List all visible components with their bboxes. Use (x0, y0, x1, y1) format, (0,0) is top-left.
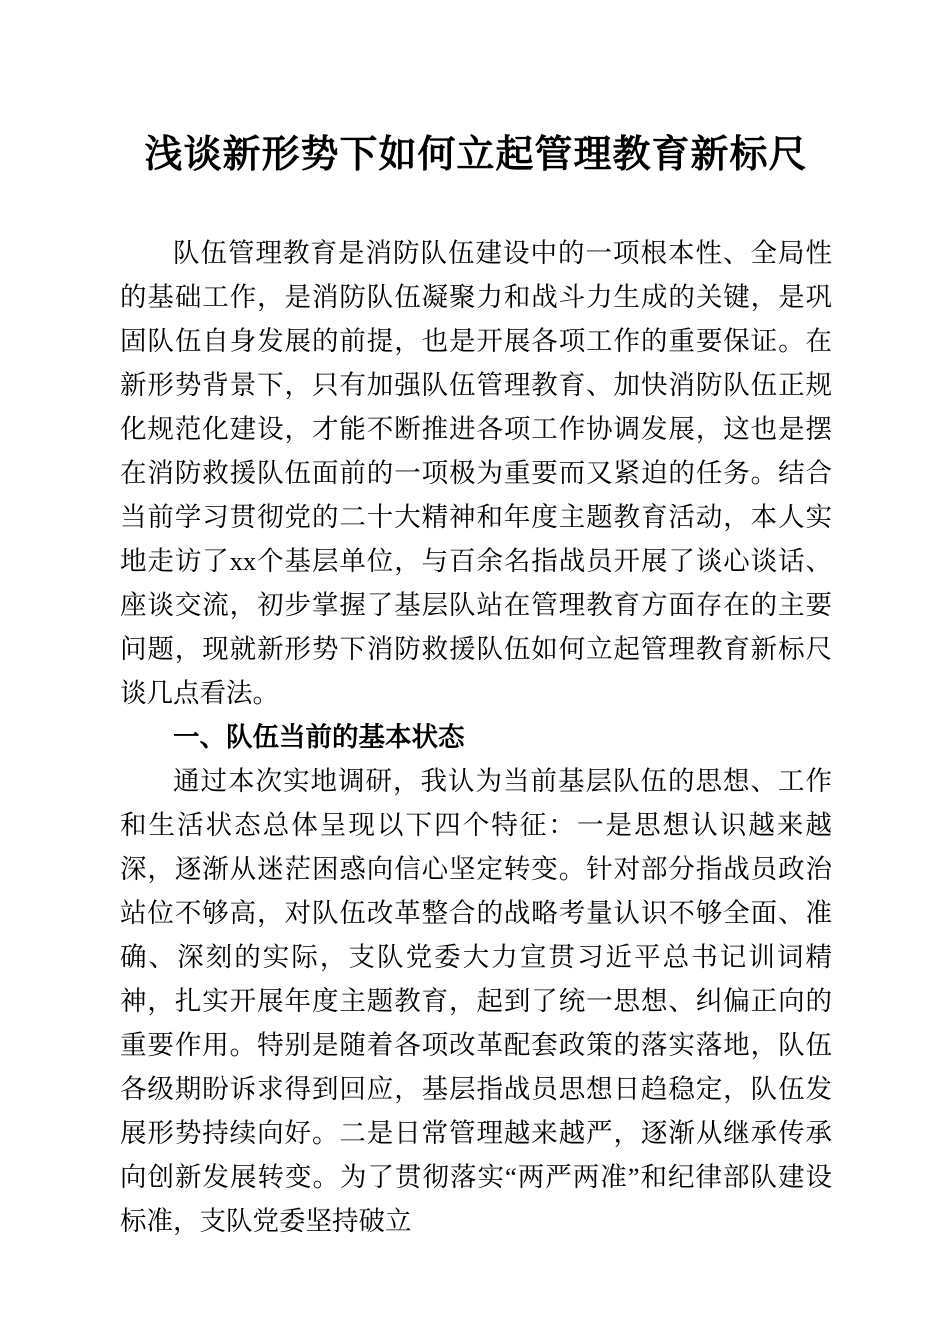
paragraph: 队伍管理教育是消防队伍建设中的一项根本性、全局性的基础工作，是消防队伍凝聚力和战… (120, 231, 832, 715)
paragraph: 通过本次实地调研，我认为当前基层队伍的思想、工作和生活状态总体呈现以下四个特征：… (120, 759, 832, 1243)
section-heading: 一、队伍当前的基本状态 (120, 715, 832, 759)
document-title: 浅谈新形势下如何立起管理教育新标尺 (120, 125, 832, 185)
document-page: 浅谈新形势下如何立起管理教育新标尺 队伍管理教育是消防队伍建设中的一项根本性、全… (0, 0, 950, 1344)
document-body: 队伍管理教育是消防队伍建设中的一项根本性、全局性的基础工作，是消防队伍凝聚力和战… (120, 231, 832, 1243)
